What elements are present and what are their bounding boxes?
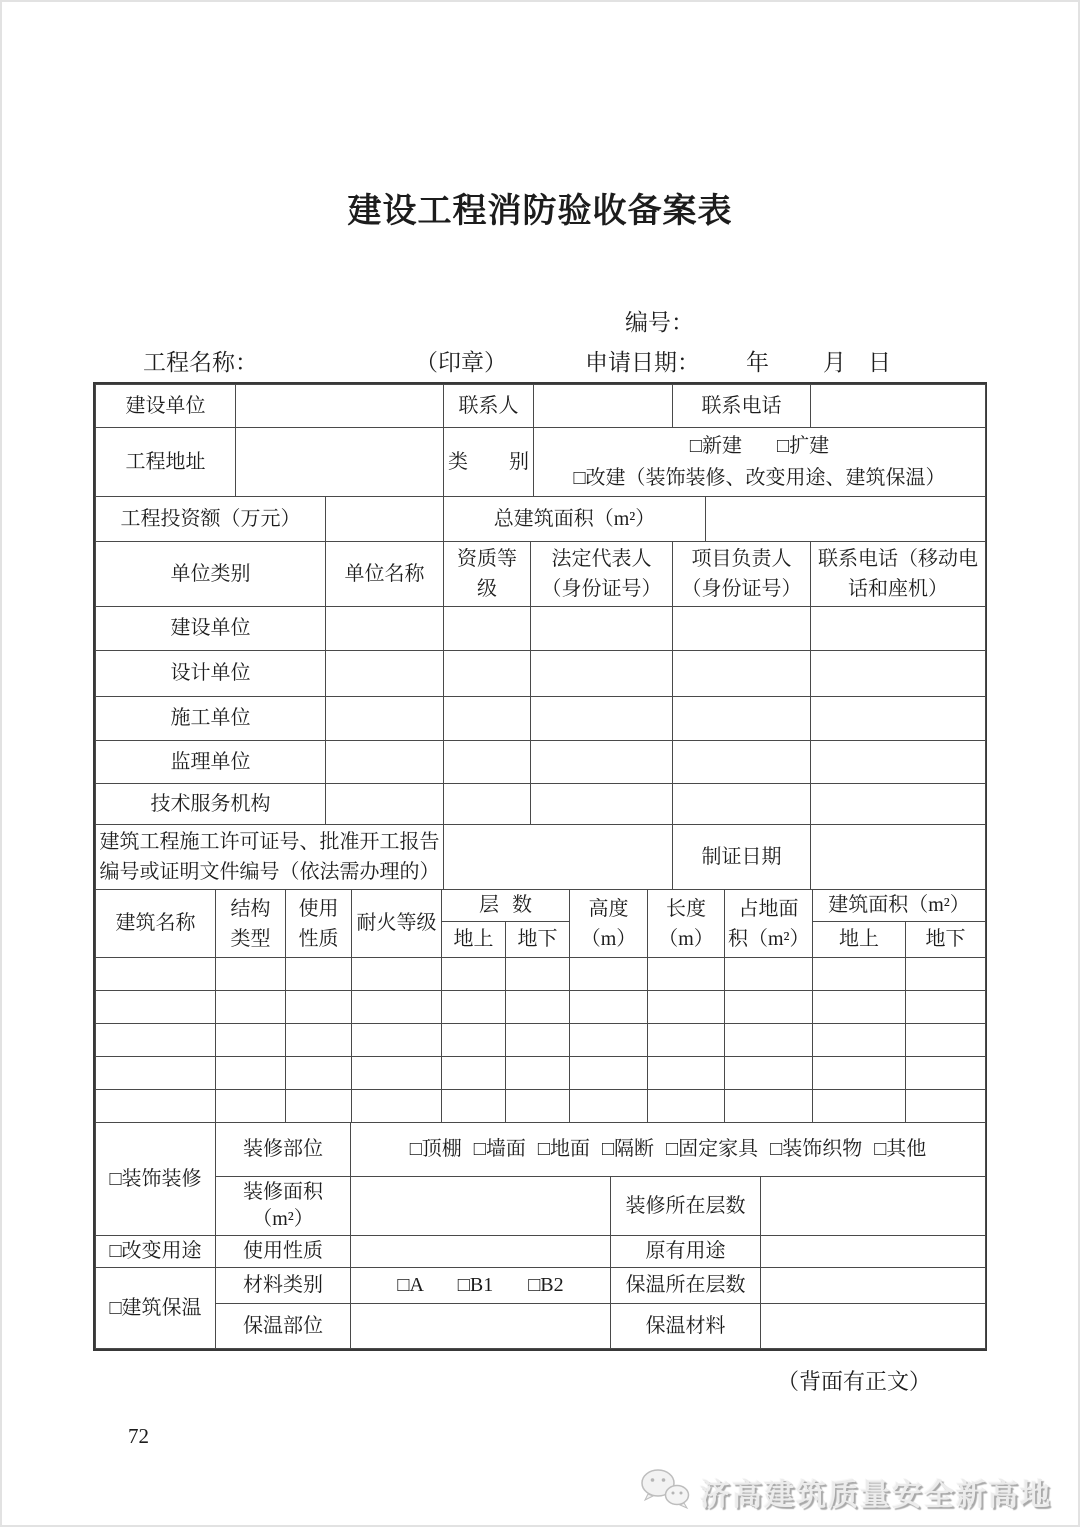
units-section: 单位类别 单位名称 资质等 级 法定代表人 （身份证号） 项目负责人 （身份证号… <box>95 541 986 890</box>
cell <box>531 741 673 784</box>
unit-phone-header: 联系电话（移动电 话和座机） <box>811 542 986 607</box>
cell <box>570 991 648 1024</box>
contact-value-cell <box>534 385 673 428</box>
material-type-label: 材料类别 <box>216 1268 351 1304</box>
owner-label: 建设单位 <box>96 385 236 428</box>
cell <box>96 991 216 1024</box>
building-area-header: 建筑面积（m²） <box>813 890 986 922</box>
cell <box>444 651 531 697</box>
building-data-row <box>96 1024 986 1057</box>
month-label: 月 <box>823 344 846 377</box>
cell <box>326 607 444 651</box>
certificate-date-value-cell <box>811 825 986 890</box>
decoration-checkbox-label: □装饰装修 <box>96 1123 216 1236</box>
category-option-rebuild: □改建（装饰装修、改变用途、建筑保温） <box>537 462 982 494</box>
unit-row-label: 监理单位 <box>96 741 326 784</box>
cell <box>570 1090 648 1123</box>
watermark: 济高建筑质量安全新高地 <box>638 1468 1052 1515</box>
page-content: 建设工程消防验收备案表 编号： 工程名称： （印章） 申请日期： 年 月 日 建… <box>2 2 1078 1396</box>
cell <box>444 741 531 784</box>
owner-value-cell <box>236 385 444 428</box>
watermark-text: 济高建筑质量安全新高地 <box>700 1470 1052 1514</box>
cell <box>352 958 442 991</box>
technical-service-row: 技术服务机构 <box>96 784 986 825</box>
cell <box>216 1024 286 1057</box>
cell <box>811 741 986 784</box>
owner-row: 建设单位 联系人 联系电话 <box>96 385 986 428</box>
cell <box>673 651 811 697</box>
unit-row-label: 施工单位 <box>96 697 326 741</box>
cell <box>96 1057 216 1090</box>
legal-representative-header: 法定代表人 （身份证号） <box>531 542 673 607</box>
decoration-part-label: 装修部位 <box>216 1123 351 1177</box>
cell <box>906 991 986 1024</box>
cell <box>906 958 986 991</box>
permit-label: 建筑工程施工许可证号、批准开工报告 编号或证明文件编号（依法需办理的） <box>96 825 444 890</box>
insulation-floors-label: 保温所在层数 <box>611 1268 761 1304</box>
cell <box>813 1090 906 1123</box>
cell <box>216 1057 286 1090</box>
cell <box>813 1024 906 1057</box>
qualification-header: 资质等 级 <box>444 542 531 607</box>
decoration-area-value-cell <box>351 1177 611 1236</box>
cell <box>506 1057 570 1090</box>
cell <box>96 1090 216 1123</box>
day-label: 日 <box>868 344 891 377</box>
area-above-header: 地上 <box>813 922 906 958</box>
footprint-header: 占地面 积（m²） <box>725 890 813 958</box>
material-type-options: □A □B1 □B2 <box>351 1268 611 1304</box>
cell <box>216 991 286 1024</box>
cell <box>326 784 444 825</box>
cell <box>352 1090 442 1123</box>
usage-nature-header: 使用 性质 <box>286 890 352 958</box>
cell <box>506 958 570 991</box>
insulation-checkbox-label: □建筑保温 <box>96 1268 216 1349</box>
building-data-row <box>96 958 986 991</box>
cell <box>813 958 906 991</box>
insulation-material-label: 保温材料 <box>611 1304 761 1349</box>
project-name-line: 工程名称： （印章） 申请日期： 年 月 日 <box>93 344 987 376</box>
cell <box>648 1057 725 1090</box>
cell <box>531 697 673 741</box>
cell <box>725 1024 813 1057</box>
cell <box>442 958 506 991</box>
fire-rating-header: 耐火等级 <box>352 890 442 958</box>
wechat-icon <box>638 1468 692 1515</box>
building-name-header: 建筑名称 <box>96 890 216 958</box>
cell <box>906 1090 986 1123</box>
back-side-note: （背面有正文） <box>93 1365 987 1396</box>
address-row: 工程地址 类 别 □新建 □扩建 □改建（装饰装修、改变用途、建筑保温） <box>96 428 986 497</box>
cell <box>725 991 813 1024</box>
cell <box>813 1057 906 1090</box>
decoration-floors-label: 装修所在层数 <box>611 1177 761 1236</box>
cell <box>570 1024 648 1057</box>
cell <box>442 1024 506 1057</box>
cell <box>673 697 811 741</box>
permit-value-cell <box>444 825 673 890</box>
insulation-part-label: 保温部位 <box>216 1304 351 1349</box>
cell <box>326 741 444 784</box>
cell <box>648 958 725 991</box>
cell <box>444 607 531 651</box>
insulation-floors-value-cell <box>761 1268 986 1304</box>
floors-header: 层 数 <box>442 890 570 922</box>
apply-date-label: 申请日期： <box>585 344 700 377</box>
cell <box>673 741 811 784</box>
buildings-header-row-1: 建筑名称 结构 类型 使用 性质 耐火等级 层 数 高度 （m） <box>96 890 986 922</box>
cell <box>506 1024 570 1057</box>
cell <box>286 958 352 991</box>
total-area-value-cell <box>706 497 986 542</box>
seal-note: （印章） <box>415 344 507 377</box>
permit-row: 建筑工程施工许可证号、批准开工报告 编号或证明文件编号（依法需办理的） 制证日期 <box>96 825 986 890</box>
unit-row-label: 技术服务机构 <box>96 784 326 825</box>
cell <box>286 1024 352 1057</box>
cell <box>531 784 673 825</box>
category-options-cell: □新建 □扩建 □改建（装饰装修、改变用途、建筑保温） <box>534 428 986 497</box>
cell <box>442 1057 506 1090</box>
project-name-label: 工程名称： <box>143 344 258 377</box>
page-number: 72 <box>128 1424 149 1449</box>
year-label: 年 <box>746 344 769 377</box>
cell <box>811 697 986 741</box>
insulation-part-value-cell <box>351 1304 611 1349</box>
cell <box>216 958 286 991</box>
contact-label: 联系人 <box>444 385 534 428</box>
address-value-cell <box>236 428 444 497</box>
cell <box>648 991 725 1024</box>
cell <box>444 784 531 825</box>
decoration-part-options: □顶棚 □墙面 □地面 □隔断 □固定家具 □装饰织物 □其他 <box>351 1123 986 1177</box>
phone-label: 联系电话 <box>673 385 811 428</box>
cell <box>216 1090 286 1123</box>
cell <box>286 991 352 1024</box>
original-use-value-cell <box>761 1236 986 1268</box>
cell <box>506 1090 570 1123</box>
unit-name-header: 单位名称 <box>326 542 444 607</box>
cell <box>96 958 216 991</box>
height-header: 高度 （m） <box>570 890 648 958</box>
building-data-row <box>96 1090 986 1123</box>
original-use-label: 原有用途 <box>611 1236 761 1268</box>
address-label: 工程地址 <box>96 428 236 497</box>
category-option-new-expand: □新建 □扩建 <box>537 430 982 462</box>
insulation-material-type-row: □建筑保温 材料类别 □A □B1 □B2 保温所在层数 <box>96 1268 986 1304</box>
basic-info-section: 建设单位 联系人 联系电话 工程地址 类 别 □新建 □扩建 □改建（装饰装修、… <box>95 384 986 497</box>
cell <box>648 1090 725 1123</box>
change-use-row: □改变用途 使用性质 原有用途 <box>96 1236 986 1268</box>
cell <box>531 651 673 697</box>
cell <box>906 1024 986 1057</box>
cell <box>352 991 442 1024</box>
insulation-material-value-cell <box>761 1304 986 1349</box>
investment-value-cell <box>326 497 444 542</box>
unit-row-label: 设计单位 <box>96 651 326 697</box>
project-manager-header: 项目负责人 （身份证号） <box>673 542 811 607</box>
structure-type-header: 结构 类型 <box>216 890 286 958</box>
area-below-header: 地下 <box>906 922 986 958</box>
number-line: 编号： <box>93 304 987 336</box>
cell <box>673 607 811 651</box>
buildings-section: 建筑名称 结构 类型 使用 性质 耐火等级 层 数 高度 （m） <box>95 889 986 1123</box>
cell <box>648 1024 725 1057</box>
cell <box>352 1024 442 1057</box>
cell <box>326 651 444 697</box>
usage-nature-label: 使用性质 <box>216 1236 351 1268</box>
change-use-checkbox-label: □改变用途 <box>96 1236 216 1268</box>
certificate-date-label: 制证日期 <box>673 825 811 890</box>
cell <box>570 1057 648 1090</box>
category-label: 类 别 <box>444 428 534 497</box>
decoration-area-label: 装修面积（m²） <box>216 1177 351 1236</box>
usage-nature-value-cell <box>351 1236 611 1268</box>
cell <box>673 784 811 825</box>
cell <box>442 1090 506 1123</box>
decoration-floors-value-cell <box>761 1177 986 1236</box>
cell <box>442 991 506 1024</box>
investment-row: 工程投资额（万元） 总建筑面积（m²） <box>96 497 986 542</box>
length-header: 长度 （m） <box>648 890 725 958</box>
floors-below-header: 地下 <box>506 922 570 958</box>
investment-section: 工程投资额（万元） 总建筑面积（m²） <box>95 496 986 542</box>
design-unit-row: 设计单位 <box>96 651 986 697</box>
decoration-area-row: 装修面积（m²） 装修所在层数 <box>96 1177 986 1236</box>
units-header-row: 单位类别 单位名称 资质等 级 法定代表人 （身份证号） 项目负责人 （身份证号… <box>96 542 986 607</box>
cell <box>286 1090 352 1123</box>
construction-unit-row: 建设单位 <box>96 607 986 651</box>
cell <box>811 651 986 697</box>
cell <box>725 958 813 991</box>
cell <box>811 607 986 651</box>
cell <box>570 958 648 991</box>
number-label: 编号： <box>625 304 694 337</box>
contractor-unit-row: 施工单位 <box>96 697 986 741</box>
decoration-part-row: □装饰装修 装修部位 □顶棚 □墙面 □地面 □隔断 □固定家具 □装饰织物 □… <box>96 1123 986 1177</box>
building-data-row <box>96 991 986 1024</box>
cell <box>531 607 673 651</box>
investment-label: 工程投资额（万元） <box>96 497 326 542</box>
phone-value-cell <box>811 385 986 428</box>
supervision-unit-row: 监理单位 <box>96 741 986 784</box>
cell <box>725 1090 813 1123</box>
renovation-section: □装饰装修 装修部位 □顶棚 □墙面 □地面 □隔断 □固定家具 □装饰织物 □… <box>95 1122 986 1349</box>
building-data-row <box>96 1057 986 1090</box>
cell <box>326 697 444 741</box>
unit-row-label: 建设单位 <box>96 607 326 651</box>
cell <box>352 1057 442 1090</box>
cell <box>813 991 906 1024</box>
cell <box>811 784 986 825</box>
cell <box>906 1057 986 1090</box>
unit-category-header: 单位类别 <box>96 542 326 607</box>
cell <box>96 1024 216 1057</box>
cell <box>286 1057 352 1090</box>
cell <box>506 991 570 1024</box>
cell <box>725 1057 813 1090</box>
document-page: 建设工程消防验收备案表 编号： 工程名称： （印章） 申请日期： 年 月 日 建… <box>0 0 1080 1527</box>
insulation-part-row: 保温部位 保温材料 <box>96 1304 986 1349</box>
form-title: 建设工程消防验收备案表 <box>93 2 987 232</box>
cell <box>444 697 531 741</box>
filing-form-table: 建设单位 联系人 联系电话 工程地址 类 别 □新建 □扩建 □改建（装饰装修、… <box>93 382 987 1351</box>
total-area-label: 总建筑面积（m²） <box>444 497 706 542</box>
floors-above-header: 地上 <box>442 922 506 958</box>
